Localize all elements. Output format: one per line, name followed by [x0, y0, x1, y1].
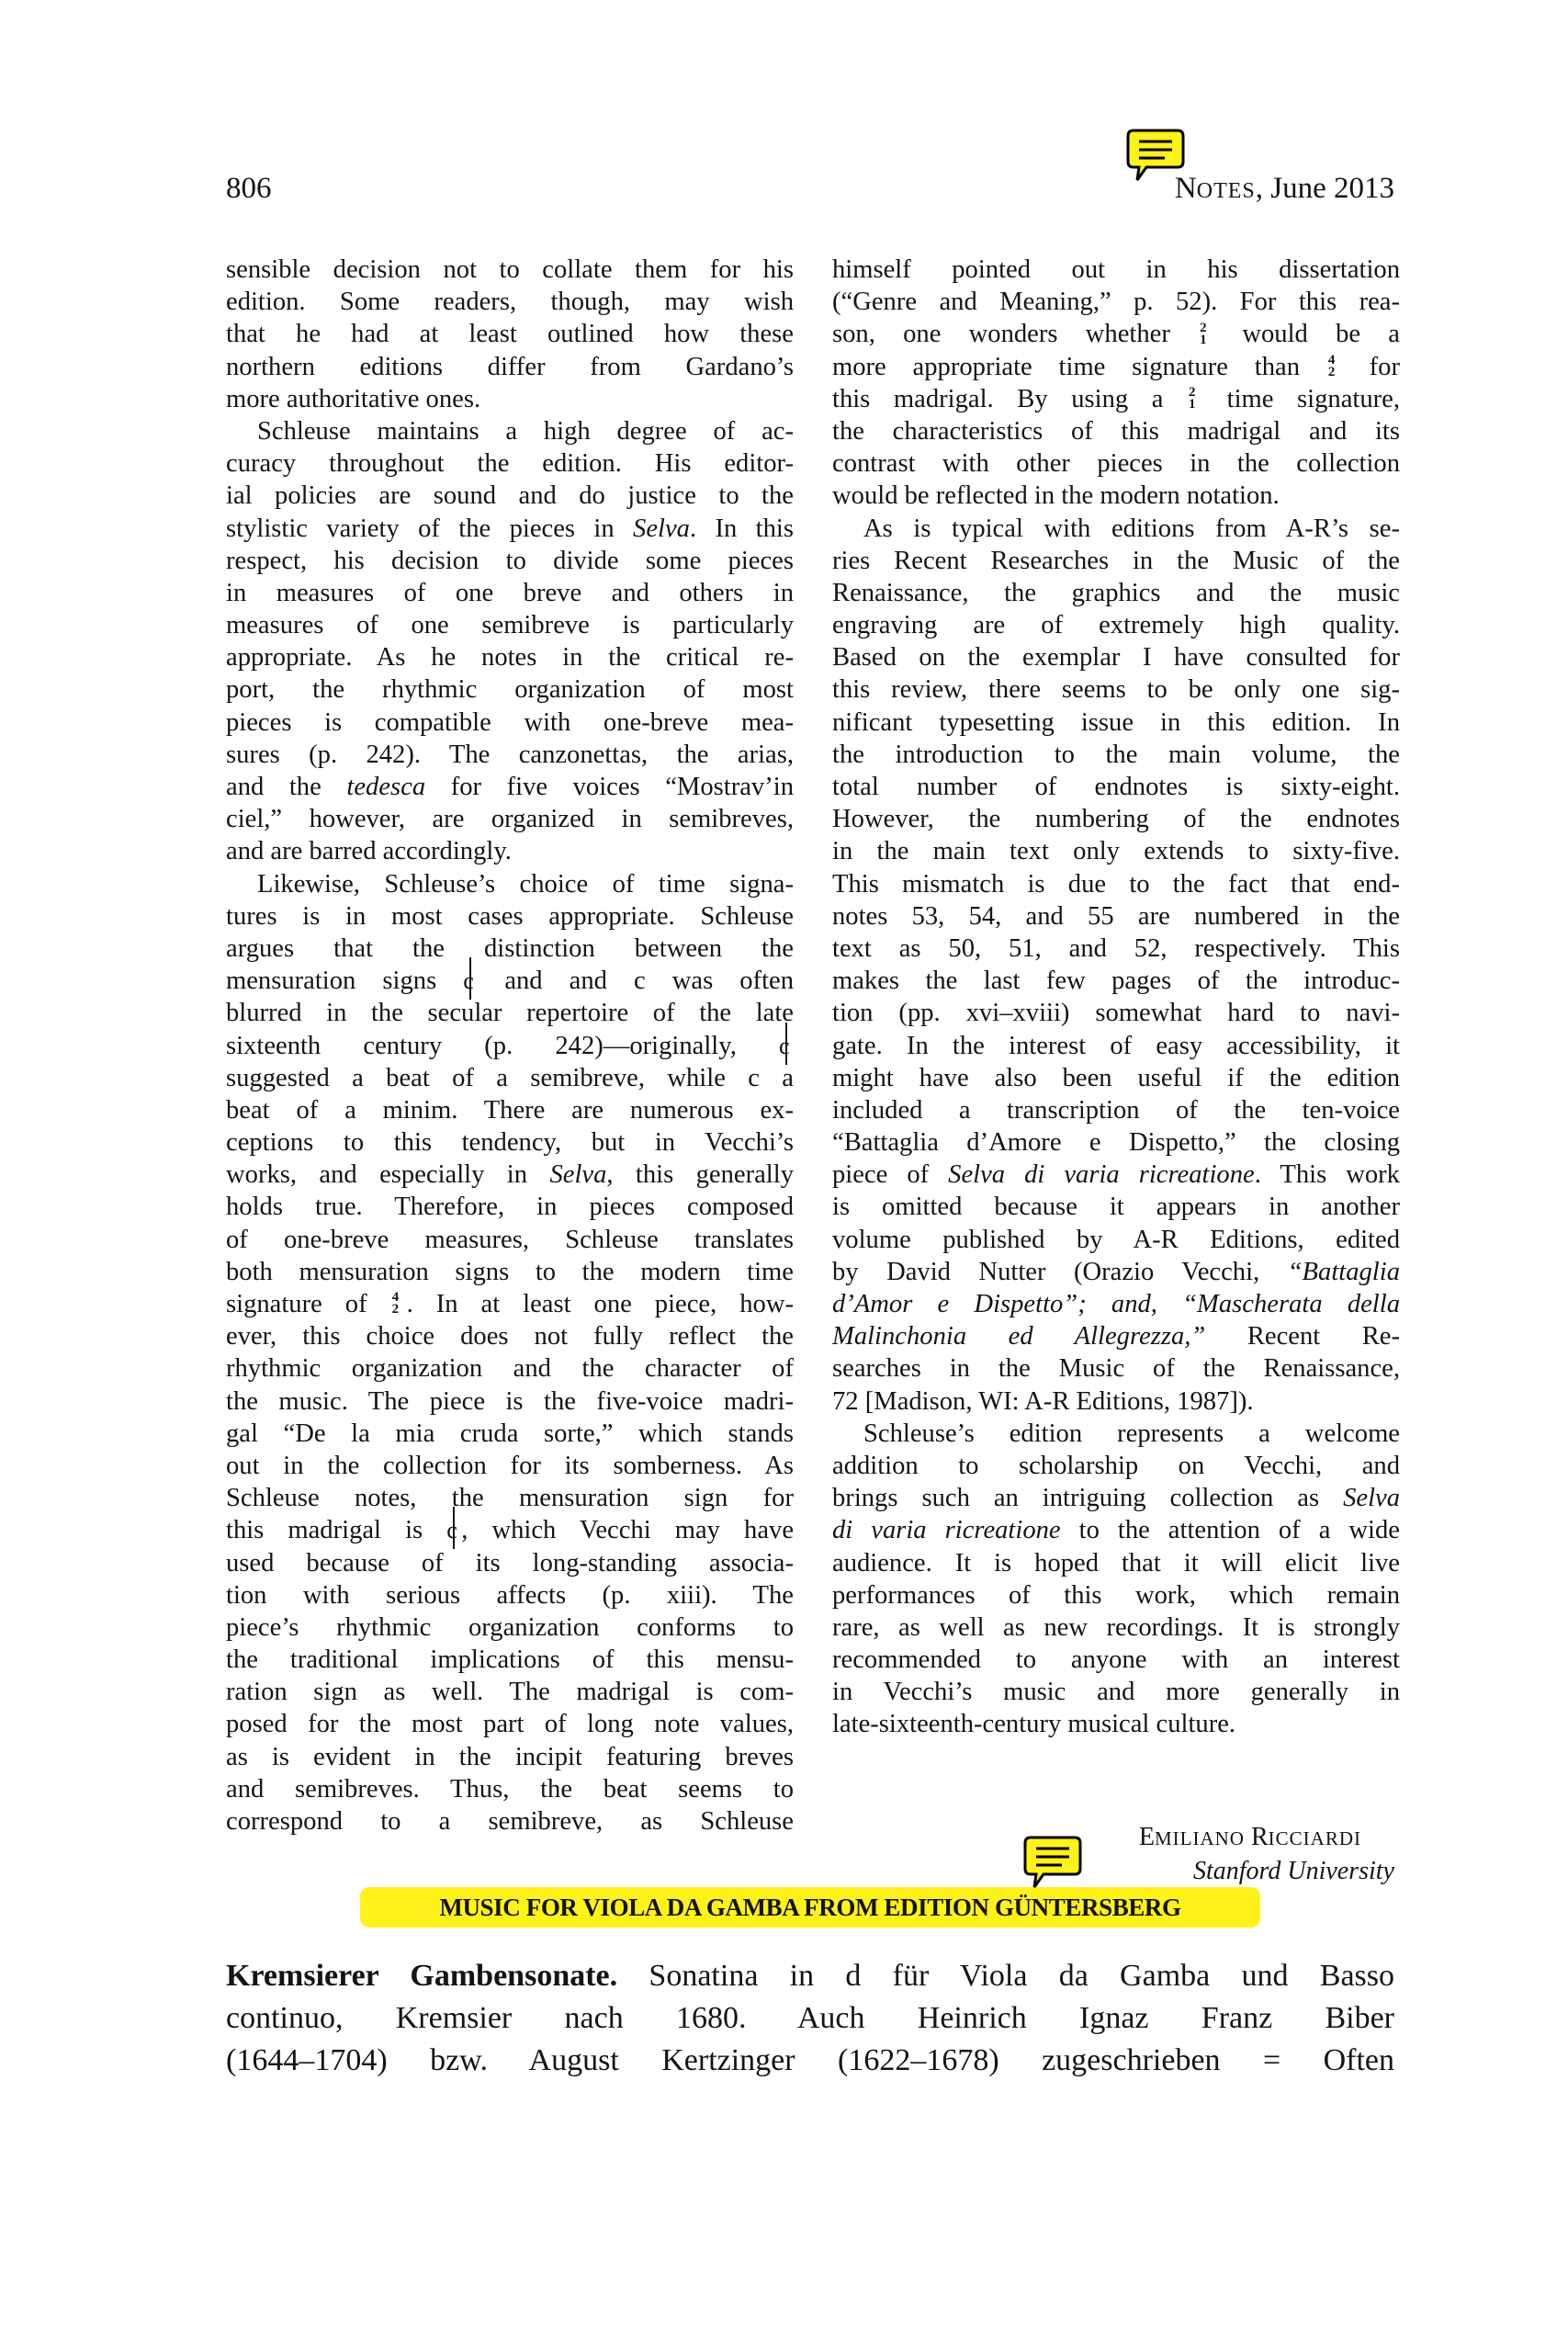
text-line: gate. In the interest of easy accessibil…: [832, 1030, 1400, 1062]
text-line: notes 53, 54, and 55 are numbered in the: [832, 900, 1400, 933]
author-last-initial: R: [1251, 1823, 1269, 1851]
title-mascherata: Malinchonia ed Allegrezza,”: [832, 1322, 1205, 1351]
text-line: the traditional implications of this men…: [226, 1644, 794, 1676]
entry-title: Kremsierer Gambensonate.: [226, 1959, 617, 1993]
text-fragment: mensuration signs: [226, 967, 436, 995]
text-line: ciel,” however, are organized in semibre…: [226, 803, 794, 835]
text-line: would be reflected in the modern notatio…: [832, 480, 1400, 512]
text-fragment: piece of: [832, 1160, 929, 1189]
text-line: that he had at least outlined how these: [226, 318, 794, 350]
text-line: port, the rhythmic organization of most: [226, 673, 794, 706]
text-line: Malinchonia ed Allegrezza,” Recent Re-: [832, 1320, 1400, 1352]
text-fragment: by David Nutter (Orazio Vecchi,: [832, 1258, 1259, 1286]
text-line: sensible decision not to collate them fo…: [226, 254, 794, 286]
text-line: this madrigal is c, which Vecchi may hav…: [226, 1514, 794, 1546]
text-line: makes the last few pages of the introduc…: [832, 965, 1400, 997]
common-time-sign-icon: c: [634, 967, 646, 995]
text-line: more authoritative ones.: [226, 383, 794, 415]
text-line: argues that the distinction between the: [226, 933, 794, 965]
text-line: ration sign as well. The madrigal is com…: [226, 1676, 794, 1708]
text-line: piece’s rhythmic organization conforms t…: [226, 1611, 794, 1644]
running-head: NOTES, June 2013: [1175, 165, 1394, 214]
section-heading-highlighted[interactable]: MUSIC FOR VIOLA DA GAMBA FROM EDITION GÜ…: [360, 1887, 1260, 1928]
text-fragment: was often: [646, 967, 794, 995]
text-line: tion (pp. xvi–xviii) somewhat hard to na…: [832, 997, 1400, 1029]
fraction-bottom: 1: [1189, 399, 1201, 411]
text-fragment: and and: [478, 967, 634, 995]
text-line: d’Amor e Dispetto”; and, “Mascherata del…: [832, 1288, 1400, 1320]
text-line: northern editions differ from Gardano’s: [226, 351, 794, 383]
text-line: signature of 42. In at least one piece, …: [226, 1288, 794, 1320]
text-line: Renaissance, the graphics and the music: [832, 577, 1400, 609]
text-line: might have also been useful if the editi…: [832, 1062, 1400, 1094]
text-fragment: a: [760, 1064, 794, 1092]
text-line: volume published by A-R Editions, edited: [832, 1224, 1400, 1256]
fraction-bottom: 1: [1200, 334, 1213, 346]
text-fragment: signature of: [226, 1290, 367, 1318]
text-fragment: , this generally: [606, 1160, 794, 1189]
text-fragment: more appropriate time signature than: [832, 353, 1300, 381]
text-line: suggested a beat of a semibreve, while c…: [226, 1062, 794, 1094]
text-line: Schleuse’s edition represents a welcome: [832, 1418, 1400, 1450]
text-fragment: sixteenth century (p. 242)—originally,: [226, 1032, 737, 1060]
text-line: nificant typesetting issue in this editi…: [832, 707, 1400, 739]
text-line: This mismatch is due to the fact that en…: [832, 868, 1400, 900]
text-line: out in the collection for its somberness…: [226, 1450, 794, 1482]
text-line: mensuration signs c and and c was often: [226, 965, 794, 997]
title-battaglia: “Battaglia: [1288, 1258, 1400, 1286]
right-column: himself pointed out in his dissertation …: [832, 254, 1400, 1741]
text-line: contrast with other pieces in the collec…: [832, 447, 1400, 480]
text-line: works, and especially in Selva, this gen…: [226, 1159, 794, 1191]
text-line: posed for the most part of long note val…: [226, 1708, 794, 1740]
text-line: respect, his decision to divide some pie…: [226, 545, 794, 577]
text-line: audience. It is hoped that it will elici…: [832, 1547, 1400, 1579]
journal-name-rest: OTES: [1197, 179, 1256, 203]
page-header: 806 NOTES, June 2013: [226, 165, 1394, 211]
text-line: of one-breve measures, Schleuse translat…: [226, 1224, 794, 1256]
entry-line: Kremsierer Gambensonate. Sonatina in d f…: [226, 1955, 1394, 1997]
text-line: correspond to a semibreve, as Schleuse: [226, 1805, 794, 1837]
left-column: sensible decision not to collate them fo…: [226, 254, 794, 1837]
text-line: more appropriate time signature than 42 …: [832, 351, 1400, 383]
text-fragment: suggested a beat of a semibreve, while: [226, 1064, 726, 1092]
text-line: in measures of one breve and others in: [226, 577, 794, 609]
text-line: and semibreves. Thus, the beat seems to: [226, 1773, 794, 1805]
text-line: performances of this work, which remain: [832, 1579, 1400, 1611]
title-selva: Selva: [633, 514, 690, 543]
text-line: 72 [Madison, WI: A-R Editions, 1987]).: [832, 1385, 1400, 1418]
text-fragment: son, one wonders whether: [832, 320, 1170, 348]
text-line: in Vecchi’s music and more generally in: [832, 1676, 1400, 1708]
text-line: tion with serious affects (p. xiii). The: [226, 1579, 794, 1611]
text-line: the characteristics of this madrigal and…: [832, 415, 1400, 447]
text-line: this madrigal. By using a 21 time signat…: [832, 383, 1400, 415]
author-name: EMILIANO RICCIARDI: [832, 1821, 1394, 1855]
text-line: As is typical with editions from A-R’s s…: [832, 513, 1400, 545]
text-line: blurred in the secular repertoire of the…: [226, 997, 794, 1029]
comment-note-icon[interactable]: [1126, 129, 1185, 178]
text-line: appropriate. As he notes in the critical…: [226, 641, 794, 673]
text-line: “Battaglia d’Amore e Dispetto,” the clos…: [832, 1126, 1400, 1159]
entry-line: (1644–1704) bzw. August Kertzinger (1622…: [226, 2040, 1394, 2082]
text-fragment: time signature,: [1203, 385, 1400, 413]
author-affiliation: Stanford University: [832, 1855, 1394, 1888]
cut-time-sign-icon: c: [779, 1030, 794, 1062]
text-line: ial policies are sound and do justice to…: [226, 480, 794, 512]
text-line: the music. The piece is the five-voice m…: [226, 1385, 794, 1418]
text-line: as is evident in the incipit featuring b…: [226, 1741, 794, 1773]
text-line: ries Recent Researches in the Music of t…: [832, 545, 1400, 577]
time-signature-2-1: 21: [1189, 387, 1201, 411]
text-line: ceptions to this tendency, but in Vecchi…: [226, 1126, 794, 1159]
author-first-rest: MILIANO: [1155, 1827, 1245, 1849]
text-line: son, one wonders whether 21 would be a: [832, 318, 1400, 350]
text-line: tures is in most cases appropriate. Schl…: [226, 900, 794, 933]
comment-note-icon[interactable]: [1023, 1836, 1082, 1885]
text-line: total number of endnotes is sixty-eight.: [832, 771, 1400, 803]
fraction-bottom: 2: [392, 1304, 405, 1316]
text-line: himself pointed out in his dissertation: [832, 254, 1400, 286]
text-line: engraving are of extremely high quality.: [832, 609, 1400, 641]
text-line: pieces is compatible with one-breve mea-: [226, 707, 794, 739]
page-number: 806: [226, 165, 272, 211]
text-line: the introduction to the main volume, the: [832, 739, 1400, 771]
text-line: stylistic variety of the pieces in Selva…: [226, 513, 794, 545]
text-fragment: Recent Re-: [1205, 1322, 1400, 1351]
text-fragment: Sonatina in d für Viola da Gamba und Bas…: [617, 1959, 1394, 1993]
text-line: Schleuse notes, the mensuration sign for: [226, 1482, 794, 1514]
text-line: sures (p. 242). The canzonettas, the ari…: [226, 739, 794, 771]
author-initial: E: [1139, 1823, 1155, 1851]
text-line: searches in the Music of the Renaissance…: [832, 1352, 1400, 1385]
title-selva: Selva: [549, 1160, 606, 1189]
text-fragment: . In at least one piece, how-: [407, 1290, 794, 1318]
cut-time-sign-icon: c: [463, 965, 478, 997]
text-line: ever, this choice does not fully reflect…: [226, 1320, 794, 1352]
text-line: holds true. Therefore, in pieces compose…: [226, 1191, 794, 1223]
text-line: this review, there seems to be only one …: [832, 673, 1400, 706]
text-line: gal “De la mia cruda sorte,” which stand…: [226, 1418, 794, 1450]
text-fragment: would be a: [1214, 320, 1400, 348]
catalog-entry: Kremsierer Gambensonate. Sonatina in d f…: [226, 1955, 1394, 2082]
text-line: used because of its long-standing associ…: [226, 1547, 794, 1579]
text-line: However, the numbering of the endnotes: [832, 803, 1400, 835]
text-line: and the tedesca for five voices “Mostrav…: [226, 771, 794, 803]
text-line: beat of a minim. There are numerous ex-: [226, 1094, 794, 1126]
text-line: in the main text only extends to sixty-f…: [832, 835, 1400, 867]
cut-time-sign-icon: c: [446, 1514, 461, 1546]
text-line: measures of one semibreve is particularl…: [226, 609, 794, 641]
time-signature-4-2: 42: [392, 1292, 405, 1316]
text-fragment: . In this: [690, 514, 794, 543]
text-line: and are barred accordingly.: [226, 835, 794, 867]
text-line: curacy throughout the edition. His edito…: [226, 447, 794, 480]
fraction-bottom: 2: [1328, 367, 1341, 379]
text-line: Schleuse maintains a high degree of ac-: [226, 415, 794, 447]
text-fragment: stylistic variety of the pieces in: [226, 514, 615, 543]
text-fragment: brings such an intriguing collection as: [832, 1484, 1319, 1512]
text-fragment: works, and especially in: [226, 1160, 527, 1189]
text-fragment: and the: [226, 773, 321, 801]
title-selva-di-varia-ricreatione: Selva di varia ricreatione: [948, 1160, 1255, 1189]
title-di-varia-ricreatione: di varia ricreatione: [832, 1516, 1061, 1544]
text-line: recommended to anyone with an interest: [832, 1644, 1400, 1676]
review-signature: EMILIANO RICCIARDI Stanford University: [832, 1821, 1394, 1888]
text-line: rare, as well as new recordings. It is s…: [832, 1611, 1400, 1644]
text-line: (“Genre and Meaning,” p. 52). For this r…: [832, 286, 1400, 318]
common-time-sign-icon: c: [748, 1064, 760, 1092]
text-fragment: for: [1343, 353, 1400, 381]
term-tedesca: tedesca: [346, 773, 425, 801]
text-line: di varia ricreatione to the attention of…: [832, 1514, 1400, 1546]
text-line: Based on the exemplar I have consulted f…: [832, 641, 1400, 673]
text-line: both mensuration signs to the modern tim…: [226, 1256, 794, 1288]
text-line: text as 50, 51, and 52, respectively. Th…: [832, 933, 1400, 965]
text-fragment: to the attention of a wide: [1061, 1516, 1400, 1544]
text-fragment: . This work: [1255, 1160, 1400, 1189]
text-line: addition to scholarship on Vecchi, and: [832, 1450, 1400, 1482]
text-line: rhythmic organization and the character …: [226, 1352, 794, 1385]
text-line: Likewise, Schleuse’s choice of time sign…: [226, 868, 794, 900]
text-line: late-sixteenth-century musical culture.: [832, 1708, 1400, 1740]
text-fragment: for five voices “Mostrav’in: [425, 773, 794, 801]
text-fragment: this madrigal. By using a: [832, 385, 1163, 413]
text-line: by David Nutter (Orazio Vecchi, “Battagl…: [832, 1256, 1400, 1288]
title-selva: Selva: [1343, 1484, 1400, 1512]
issue-date: , June 2013: [1256, 172, 1394, 205]
text-line: is omitted because it appears in another: [832, 1191, 1400, 1223]
text-line: sixteenth century (p. 242)—originally, c: [226, 1030, 794, 1062]
text-line: edition. Some readers, though, may wish: [226, 286, 794, 318]
time-signature-4-2: 42: [1328, 355, 1341, 379]
time-signature-2-1: 21: [1200, 322, 1213, 346]
text-line: included a transcription of the ten-voic…: [832, 1094, 1400, 1126]
text-fragment: this madrigal is: [226, 1516, 423, 1544]
text-line: brings such an intriguing collection as …: [832, 1482, 1400, 1514]
text-line: piece of Selva di varia ricreatione. Thi…: [832, 1159, 1400, 1191]
entry-line: continuo, Kremsier nach 1680. Auch Heinr…: [226, 1997, 1394, 2040]
author-last-rest: ICCIARDI: [1269, 1827, 1361, 1849]
text-fragment: , which Vecchi may have: [461, 1516, 794, 1544]
